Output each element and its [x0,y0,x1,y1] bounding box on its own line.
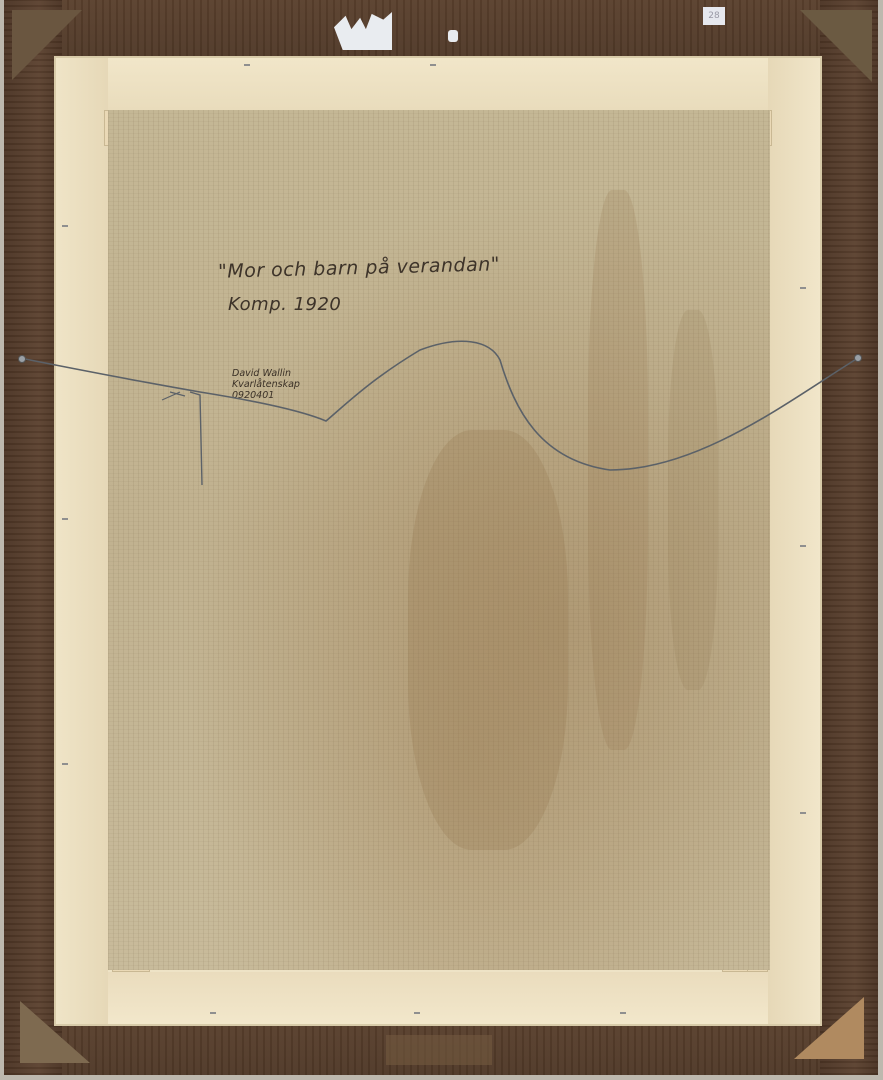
frame-left-rail [4,0,62,1075]
stretcher-bar-top [56,58,820,110]
staple [62,763,68,765]
staple [62,225,68,227]
canvas-back [108,110,770,970]
provenance-inscription: David Wallin Kvarlåtenskap 0920401 [232,368,300,401]
staple [244,64,250,66]
staple [620,1012,626,1014]
artist-name: David Wallin [232,368,300,379]
paper-fragment [448,30,458,42]
stretcher-bar-right [768,58,820,1024]
staple [210,1012,216,1014]
staple [800,812,806,814]
reference-number: 0920401 [232,390,300,401]
water-stain [408,430,568,850]
inventory-tag: 28 [703,7,725,25]
water-stain [588,190,648,750]
staple [414,1012,420,1014]
stretcher-bar-bottom [56,972,820,1024]
frame-right-rail [820,0,878,1075]
staple [800,287,806,289]
estate-note: Kvarlåtenskap [232,379,300,390]
wire-eye-screw-left [18,355,26,363]
water-stain [668,310,718,690]
frame-top-rail [4,0,878,60]
composition-date-inscription: Komp. 1920 [228,294,341,315]
bottom-faded-label [386,1035,492,1065]
wire-eye-screw-right [854,354,862,362]
staple [800,545,806,547]
staple [430,64,436,66]
staple [62,518,68,520]
stretcher-bar-left [56,58,108,1024]
painting-back-scene: 28 "Mor och barn på verandan" Komp. 1920… [0,0,883,1080]
